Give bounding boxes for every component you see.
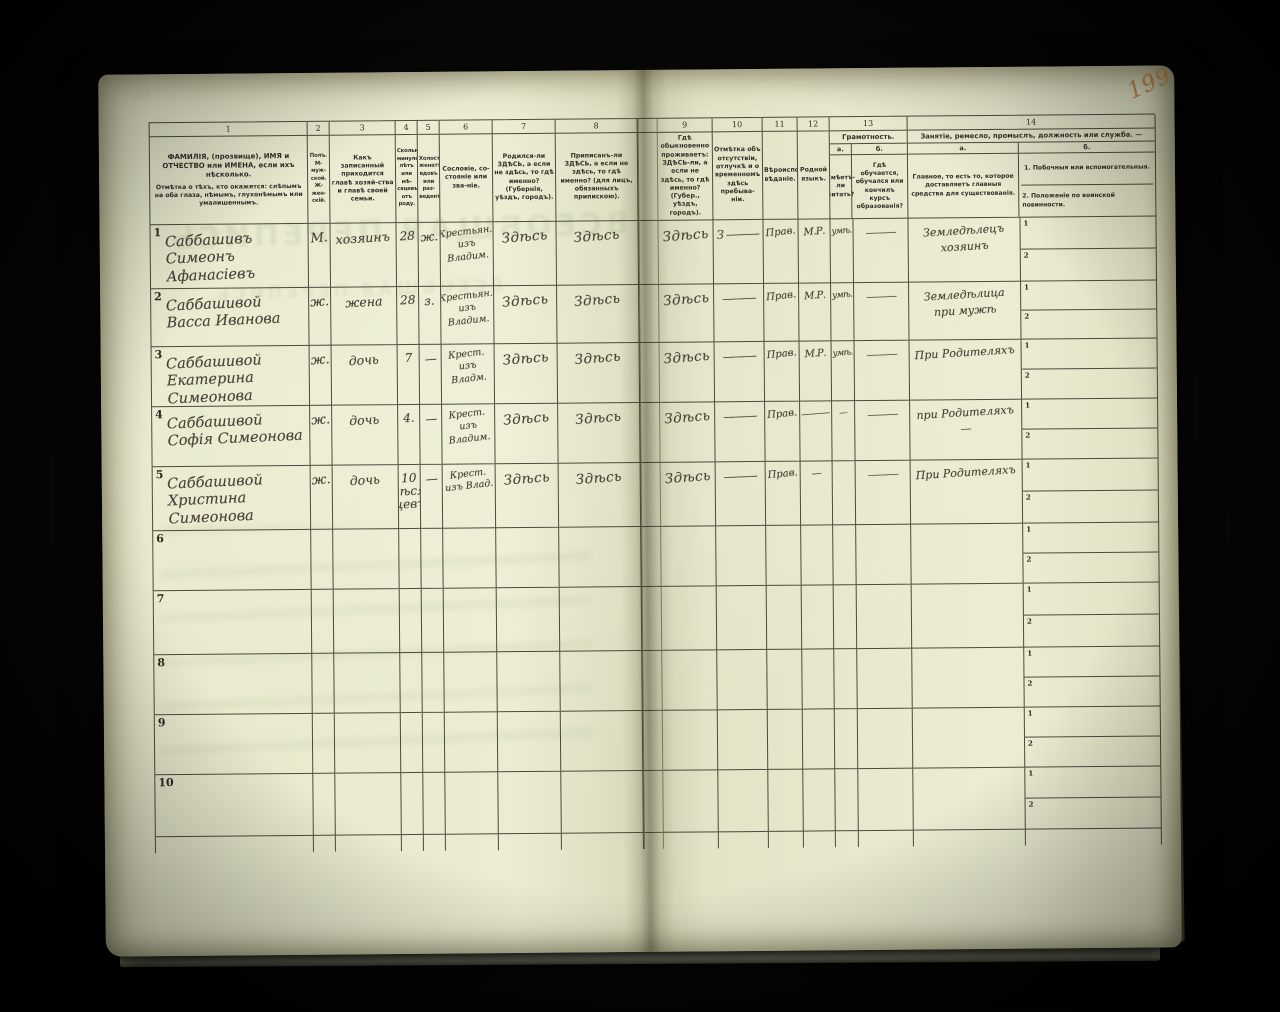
cell-age (401, 713, 424, 773)
literacy-entry: — (839, 408, 848, 419)
side-entry-number: 2 (1028, 739, 1033, 748)
cell-age (399, 529, 422, 589)
cell-birthplace (498, 712, 562, 773)
estate-entry: Крестьян. изъ Владим. (440, 224, 494, 267)
relation-entry: дочь (350, 471, 381, 488)
side-occupation-2: 2 (1025, 735, 1160, 766)
cell-side-occupation: 1 2 (1020, 216, 1157, 281)
side-entry-number: 1 (1023, 219, 1028, 228)
cell-sex (312, 654, 335, 714)
cell-residence: Здѣсь (661, 462, 717, 526)
literacy-sublabels: а. б. (830, 144, 907, 156)
side-entry-number: 2 (1027, 679, 1032, 688)
religion-entry: Прав. (767, 467, 798, 481)
cell-religion: Прав. (764, 284, 800, 342)
table-bottom-stub (859, 831, 914, 847)
marital-entry: ж. (420, 229, 439, 244)
cell-side-occupation: 1 2 (1024, 582, 1161, 647)
table-bottom-stub (402, 835, 424, 851)
cell-sex (313, 774, 336, 836)
cell-side-occupation: 1 2 (1021, 280, 1158, 339)
bleedthrough-small: № (128, 86, 151, 105)
side-entry-number: 2 (1024, 312, 1029, 321)
cell-relation (334, 589, 401, 654)
marital-entry: — (425, 471, 438, 486)
census-book-spread: № ВСЕОБЩАЯ ПЕРЕПИСЬ ВСЕОБЩАЯ ПЕРЕПИСЬ 19… (98, 65, 1182, 956)
side-occupation-2: 2 (1022, 367, 1157, 398)
registration-entry: Здѣсь (575, 409, 622, 429)
cell-marital (422, 589, 445, 653)
cell-age: 4. (398, 405, 421, 465)
name-entry (170, 778, 309, 784)
cell-absence: ——— (715, 342, 766, 402)
side-occupation-1: 1 (1023, 522, 1158, 552)
cell-relation (335, 773, 402, 836)
estate-entry: Крест. изъ Владм. (442, 346, 496, 389)
row-number: 10 (158, 776, 173, 789)
column-number-5: 5 (418, 121, 440, 135)
cell-side-occupation: 1 2 (1023, 458, 1160, 523)
cell-occupation: Земледѣлица при мужѣ (909, 282, 1022, 341)
side-occupation-2: 2 (1021, 247, 1156, 280)
table-bottom-stub (664, 832, 719, 848)
cell-religion (767, 650, 803, 710)
column-number-11: 11 (763, 118, 798, 132)
cell-marital: — (421, 465, 444, 529)
row-number: 5 (156, 468, 164, 481)
language-entry: М.Р. (804, 348, 826, 361)
fold-gap (640, 343, 661, 403)
cell-side-occupation: 1 2 (1023, 522, 1160, 583)
table-bottom-stub (1026, 828, 1162, 845)
literacy-title: Грамотность. (830, 131, 907, 145)
row-number: 1 (153, 226, 161, 239)
header-line: Отмѣтка о тѣхъ, кто окажется: слѣпымъ на… (151, 182, 306, 208)
fold-gap (638, 221, 659, 285)
cell-birthplace: Здѣсь (493, 222, 557, 287)
cell-residence: Здѣсь (658, 220, 714, 284)
column-number-6: 6 (440, 120, 493, 134)
cell-side-occupation: 1 2 (1024, 646, 1161, 707)
cell-literacy-where (856, 525, 912, 585)
cell-literacy-where: ——— (855, 341, 911, 401)
cell-birthplace (498, 772, 562, 835)
side-entry-number: 2 (1027, 617, 1032, 626)
fold-gap (641, 527, 662, 587)
cell-estate: Крест. изъ Владим. (442, 404, 496, 464)
column-number-3: 3 (330, 121, 396, 136)
fold-gap (641, 463, 662, 527)
side-occupation-2: 2 (1023, 489, 1158, 522)
cell-language: М.Р. (798, 219, 831, 283)
column-number-7: 7 (493, 120, 556, 135)
sublabel-b: б. (1019, 141, 1155, 152)
cell-birthplace: Здѣсь (496, 464, 560, 529)
occupation-side-header-1: 1. Побочныя или вспомогательныя. (1021, 153, 1153, 186)
cell-birthplace: Здѣсь (495, 344, 559, 405)
literacy-entry: умѣ. (832, 347, 853, 359)
cell-estate (444, 588, 498, 652)
side-entry-number: 1 (1028, 769, 1033, 778)
cell-relation: дочь (333, 465, 400, 530)
cell-estate: Крест. изъ Влад. (443, 464, 497, 528)
side-occupation-1: 1 (1025, 766, 1160, 797)
side-occupation-2: 2 (1024, 675, 1159, 706)
side-occupation-1: 1 (1021, 280, 1156, 309)
registration-entry: Здѣсь (574, 349, 621, 369)
cell-registration: Здѣсь (559, 463, 642, 528)
relation-entry: дочь (349, 351, 380, 368)
cell-age: 7 (398, 345, 421, 405)
sex-entry: ж. (310, 294, 330, 310)
col-header-birthplace: Родился-ли ЗДѢСЬ, а если не здѣсь, то гд… (493, 134, 557, 223)
occupation-entry: при Родителяхъ — (910, 402, 1022, 441)
table-bottom-stub (156, 836, 314, 853)
cell-name: 2 Саббашивой Васса Иванова (151, 288, 310, 347)
cell-literacy: умѣ. (831, 283, 855, 341)
cell-side-occupation: 1 2 (1022, 398, 1159, 459)
literacy-where-entry: ——— (866, 289, 897, 303)
cell-side-occupation: 1 2 (1022, 338, 1159, 399)
cell-sex: ж. (310, 346, 333, 406)
side-occupation-2: 2 (1026, 796, 1161, 828)
cell-religion (768, 710, 804, 770)
cell-marital: ж. (418, 223, 441, 287)
cell-age: 28 (396, 223, 419, 287)
name-entry (170, 718, 309, 724)
literacy-entry: умѣ. (831, 225, 852, 237)
cell-literacy (833, 525, 857, 585)
cell-relation (334, 653, 401, 714)
fold-gap (638, 119, 658, 133)
religion-entry: Прав. (766, 289, 797, 303)
side-entry-number: 1 (1027, 585, 1032, 594)
registration-entry: Здѣсь (574, 291, 621, 311)
cell-absence (718, 770, 769, 832)
cell-relation: дочь (332, 405, 399, 466)
cell-literacy-where: ——— (853, 219, 909, 283)
col-header-language: Родной языкъ. (798, 131, 831, 219)
absence-entry: З ——— (717, 226, 760, 242)
cell-absence: ——— (715, 402, 766, 462)
cell-marital (422, 653, 445, 713)
sex-entry: ж. (311, 472, 331, 488)
cell-side-occupation: 1 2 (1025, 766, 1162, 829)
occupation-side-header-2: 2. Положеніе по воинской повинности. (1019, 184, 1155, 216)
column-number-12: 12 (798, 117, 830, 131)
cell-registration (560, 587, 643, 652)
language-entry: М.Р. (804, 290, 826, 303)
cell-absence: З ——— (713, 220, 764, 284)
cell-estate: Крестьян. изъ Владим. (440, 222, 494, 286)
col-header-surname: ФАМИЛІЯ, (прозвище), ИМЯ и ОТЧЕСТВО или … (150, 136, 309, 225)
marital-entry: з. (424, 293, 435, 308)
marital-entry: — (424, 351, 437, 366)
language-entry: ——— (801, 407, 830, 420)
cell-sex: ж. (310, 406, 333, 466)
side-occupation-1: 1 (1022, 398, 1157, 428)
cell-marital (421, 529, 444, 589)
side-entry-number: 1 (1024, 283, 1029, 292)
table-bottom-stub (914, 830, 1026, 847)
birthplace-entry: Здѣсь (501, 291, 548, 311)
cell-occupation: При Родителяхъ (910, 340, 1023, 401)
name-entry: Саббашивъ Симеонъ Афанасіевъ (165, 229, 306, 287)
cell-literacy-where: ——— (854, 283, 910, 341)
side-occupation-1: 1 (1024, 582, 1159, 614)
column-number-9: 9 (658, 118, 713, 132)
side-entry-number: 2 (1026, 555, 1031, 564)
language-entry: М.Р. (803, 226, 825, 239)
header-line: ФАМИЛІЯ, (прозвище), ИМЯ и ОТЧЕСТВО или … (151, 152, 306, 181)
cell-relation: хозяинъ (330, 223, 397, 288)
column-number-2: 2 (308, 122, 330, 136)
table-bottom-stub (836, 831, 859, 847)
residence-entry: Здѣсь (662, 226, 709, 246)
sublabel-b: б. (852, 144, 907, 154)
name-entry: Саббашивой Софія Симеонова (167, 411, 307, 452)
cell-birthplace (496, 528, 560, 589)
name-entry: Саббашивой Христина Симеонова (167, 471, 308, 529)
cell-religion: Прав. (763, 220, 799, 284)
row-number: 9 (158, 716, 166, 729)
residence-entry: Здѣсь (664, 468, 711, 488)
residence-entry: Здѣсь (663, 408, 710, 428)
cell-age: 10 мѣся-цевъ (399, 465, 422, 529)
cell-estate: Крестьян. изъ Владим. (441, 286, 495, 344)
table-bottom-stub (424, 835, 446, 851)
cell-registration (560, 651, 643, 712)
cell-occupation: При Родителяхъ (911, 460, 1024, 525)
residence-entry: Здѣсь (663, 348, 710, 368)
cell-age: 28 (397, 287, 420, 345)
religion-entry: Прав. (767, 407, 798, 421)
cell-literacy-where: ——— (856, 461, 912, 525)
cell-literacy: умѣ. (832, 341, 856, 401)
cell-sex (313, 714, 336, 774)
cell-residence: Здѣсь (660, 402, 716, 462)
name-entry: Саббашивой Васса Иванова (166, 293, 306, 334)
side-entry-number: 1 (1028, 709, 1033, 718)
cell-estate (445, 712, 499, 772)
cell-birthplace (497, 652, 561, 713)
relation-entry: жена (345, 293, 383, 310)
folio-number: 199 (1124, 63, 1175, 104)
cell-literacy-where (857, 649, 913, 709)
name-entry (169, 658, 308, 664)
cell-absence: ——— (714, 284, 765, 342)
cell-language: М.Р. (799, 283, 832, 341)
cell-absence (717, 650, 768, 710)
side-occupation-1: 1 (1023, 458, 1158, 490)
cell-literacy (834, 649, 858, 709)
cell-language (802, 585, 835, 649)
side-occupation-1: 1 (1025, 706, 1160, 736)
cell-occupation (911, 524, 1024, 585)
relation-entry: хозяинъ (336, 229, 391, 247)
birthplace-entry: Здѣсь (502, 349, 549, 369)
sex-entry: ж. (311, 412, 331, 428)
row-number: 3 (155, 348, 163, 361)
cell-registration (561, 771, 644, 834)
col-header-registration: Приписанъ-ли ЗДѢСЬ, а если не здѣсь, то … (556, 133, 639, 222)
cell-residence (662, 586, 718, 650)
age-entry: 7 (404, 352, 412, 366)
cell-relation: дочь (332, 345, 399, 406)
cell-language (801, 525, 834, 585)
side-occupation-2: 2 (1023, 551, 1158, 582)
table-bottom-stub (562, 833, 644, 850)
col-header-age: Сколько минуло лѣтъ или мѣ-сяцевъ отъ ро… (396, 135, 419, 223)
sex-entry: ж. (310, 352, 330, 368)
cell-sex: М. (308, 224, 331, 288)
residence-entry: Здѣсь (662, 290, 709, 310)
table-bottom-stub (804, 831, 836, 847)
cell-literacy (833, 461, 857, 525)
sublabel-a: а. (908, 143, 1019, 154)
cell-religion: Прав. (765, 342, 801, 402)
cell-occupation: при Родителяхъ — (910, 400, 1023, 461)
cell-registration: Здѣсь (556, 221, 639, 286)
side-entry-number: 1 (1025, 401, 1030, 410)
table-bottom-stub (314, 836, 336, 852)
cell-religion: Прав. (766, 462, 802, 526)
row-number: 8 (157, 656, 165, 669)
cell-literacy (834, 585, 858, 649)
language-entry: — (811, 468, 821, 480)
cell-relation (335, 713, 402, 774)
cell-name: 4 Саббашивой Софія Симеонова (152, 406, 311, 467)
table-bottom-stub (446, 834, 499, 850)
cell-relation (333, 529, 400, 590)
side-occupation-1: 1 (1022, 338, 1157, 368)
cell-name: 9 (155, 714, 314, 775)
cell-literacy (835, 709, 859, 769)
cell-age (400, 653, 423, 713)
side-occupation-2: 2 (1022, 427, 1157, 458)
registration-entry: Здѣсь (576, 469, 623, 489)
cell-marital: з. (419, 287, 442, 345)
cell-absence (717, 586, 768, 650)
cell-residence (663, 770, 719, 832)
name-entry (168, 534, 307, 540)
cell-language (803, 769, 836, 831)
cell-absence: ——— (716, 462, 767, 526)
table-bottom-stub (719, 832, 769, 848)
census-table: 1 2 3 4 5 6 7 8 9 10 11 12 13 14 ФАМИЛІЯ… (149, 113, 1161, 853)
col-header-residence: Гдѣ обыкновенно проживаетъ: ЗДѢСЬ-ли, а … (658, 132, 714, 220)
cell-absence (718, 710, 769, 770)
cell-sex: ж. (309, 288, 332, 346)
cell-occupation (912, 584, 1025, 649)
relation-entry: дочь (349, 411, 380, 428)
side-entry-number: 1 (1025, 341, 1030, 350)
absence-entry: ——— (722, 348, 756, 363)
literacy-where-entry: ——— (866, 347, 897, 361)
cell-registration: Здѣсь (557, 285, 640, 344)
occupation-entry: Земледѣлецъ хозяинъ (908, 220, 1020, 259)
column-number-8: 8 (556, 119, 638, 134)
cell-registration: Здѣсь (558, 403, 641, 464)
cell-literacy-where: ——— (855, 401, 911, 461)
cell-literacy-where (858, 769, 914, 831)
column-number-10: 10 (713, 118, 763, 132)
absence-entry: ——— (722, 290, 756, 305)
table-bottom-stub (336, 835, 402, 852)
cell-religion (768, 770, 804, 832)
cell-name: 8 (154, 654, 313, 715)
side-occupation-2: 2 (1021, 308, 1156, 338)
estate-entry: Крест. изъ Влад. (443, 466, 496, 496)
cell-marital: — (420, 345, 443, 405)
col-header-marital: Холостъ, женатъ, вдовъ или раз-веденъ. (418, 135, 441, 223)
col-header-literacy: Грамотность. а. б. Умѣетъ-ли читать? Гдѣ… (830, 131, 909, 220)
literacy-where-entry: ——— (867, 407, 898, 421)
col-header-relation: Какъ записанный приходится главѣ хозяй-с… (330, 135, 397, 224)
cell-language: М.Р. (800, 341, 833, 401)
cell-literacy: — (832, 401, 856, 461)
col-header-sex: Полъ. М-муж-ской. Ж-жен-скій. (308, 136, 331, 224)
cell-name: 6 (153, 530, 312, 591)
cell-language: — (801, 461, 834, 525)
side-entry-number: 2 (1029, 800, 1034, 809)
fold-gap (639, 285, 660, 343)
side-entry-number: 1 (1026, 461, 1031, 470)
side-occupation-2: 2 (1024, 613, 1159, 646)
cell-estate (444, 652, 498, 712)
cell-sex (312, 590, 335, 654)
cell-literacy (835, 769, 859, 831)
birthplace-entry: Здѣсь (501, 227, 548, 247)
estate-entry: Крестьян. изъ Владим. (441, 288, 495, 331)
religion-entry: Прав. (766, 347, 797, 361)
row-number: 4 (155, 408, 163, 421)
fold-gap (638, 133, 659, 221)
literacy-read-header: Умѣетъ-ли читать? (830, 155, 853, 218)
cell-name: 3 Саббашивой Екатерина Симеонова (152, 346, 311, 407)
literacy-where-header: Гдѣ обучается, обучался или кончилъ курс… (852, 155, 908, 218)
photo-background: № ВСЕОБЩАЯ ПЕРЕПИСЬ ВСЕОБЩАЯ ПЕРЕПИСЬ 19… (0, 0, 1280, 1012)
cell-residence (663, 710, 719, 770)
cell-residence (661, 526, 717, 586)
cell-residence: Здѣсь (660, 342, 716, 402)
cell-name: 1 Саббашивъ Симеонъ Афанасіевъ (150, 224, 309, 289)
cell-marital: — (420, 405, 443, 465)
col-header-religion: Вѣроиспо-вѣданіе. (763, 132, 799, 220)
age-entry: 10 мѣся-цевъ (399, 471, 422, 512)
side-entry-number: 1 (1026, 525, 1031, 534)
age-entry: 28 (400, 294, 416, 308)
column-number-13: 13 (830, 117, 908, 132)
cell-age (401, 773, 424, 835)
cell-registration: Здѣсь (558, 343, 641, 404)
occupation-side-header: 1. Побочныя или вспомогательныя. 2. Поло… (1019, 152, 1156, 216)
cell-religion: Прав. (765, 402, 801, 462)
cell-language (803, 709, 836, 769)
col-header-estate: Сословіе, со-стояніе или зва-ніе. (440, 134, 494, 222)
name-entry (169, 594, 308, 600)
cell-occupation: Земледѣлецъ хозяинъ (908, 218, 1021, 283)
fold-gap (642, 587, 663, 651)
side-entry-number: 2 (1026, 493, 1031, 502)
literacy-where-entry: ——— (867, 467, 898, 481)
table-bottom-stub (644, 833, 664, 849)
cell-birthplace (497, 588, 561, 653)
cell-occupation (913, 708, 1026, 769)
cell-age (400, 589, 423, 653)
registration-entry: Здѣсь (573, 227, 620, 247)
cell-birthplace: Здѣсь (495, 404, 559, 465)
